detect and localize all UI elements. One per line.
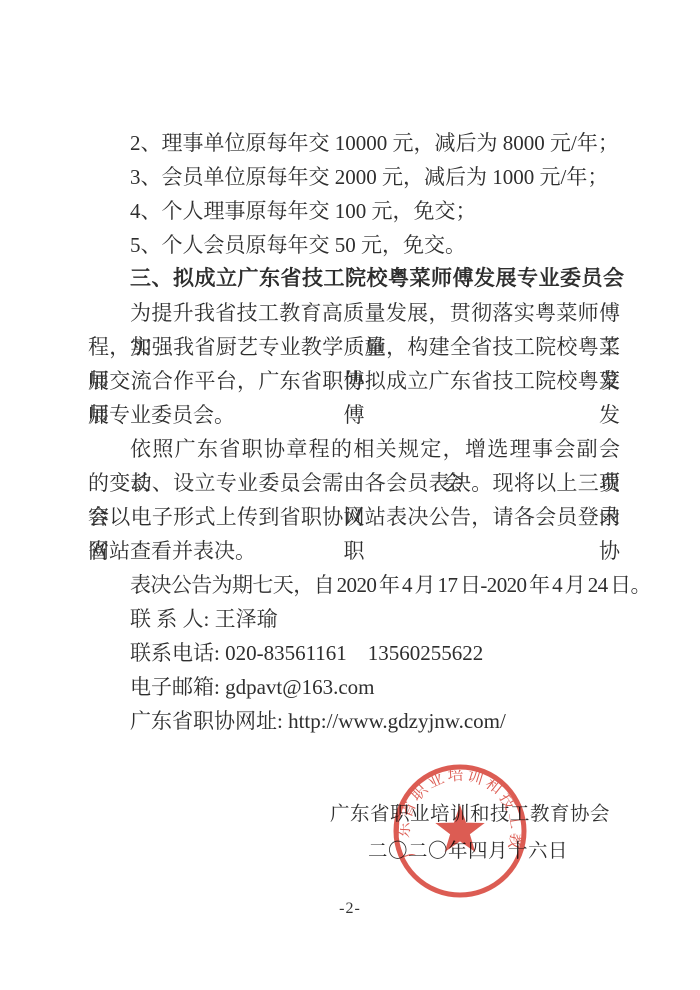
document-text-line: 程，加强我省厨艺专业教学质量，构建全省技工院校粤菜师傅发 <box>88 330 620 364</box>
document-text-line: 电子邮箱: gdpavt@163.com <box>88 670 620 704</box>
document-body: 2、理事单位原每年交 10000 元，减后为 8000 元/年；3、会员单位原每… <box>88 126 620 738</box>
document-text-line: 展交流合作平台，广东省职协拟成立广东省技工院校粤菜师傅发 <box>88 364 620 398</box>
signature-date: 二〇二〇年四月十六日 <box>368 839 588 865</box>
document-text-line: 联 系 人: 王泽瑜 <box>88 602 620 636</box>
page-number: -2- <box>0 900 700 918</box>
document-text-line: 5、个人会员原每年交 50 元，免交。 <box>88 228 620 262</box>
document-text-line: 三、拟成立广东省技工院校粤菜师傅发展专业委员会 <box>88 262 620 296</box>
document-text-line: 2、理事单位原每年交 10000 元，减后为 8000 元/年； <box>88 126 620 160</box>
document-text-line: 依照广东省职协章程的相关规定，增选理事会副会长、会费 <box>88 432 620 466</box>
document-text-line: 容以电子形式上传到省职协网站表决公告，请各会员登录省职协 <box>88 500 620 534</box>
document-text-line: 联系电话: 020-83561161 13560255622 <box>88 636 620 670</box>
document-text-line: 4、个人理事原每年交 100 元，免交； <box>88 194 620 228</box>
document-text-line: 的变动、设立专业委员会需由各会员表决。现将以上三项会议内 <box>88 466 620 500</box>
seal-ring <box>396 767 524 895</box>
signature-organization: 广东省职业培训和技工教育协会 <box>330 802 610 828</box>
document-text-line: 表决公告为期七天，自 2020 年 4 月 17 日-2020 年 4 月 24… <box>88 568 620 602</box>
document-text-line: 广东省职协网址: http://www.gdzyjnw.com/ <box>88 704 620 738</box>
official-seal-stamp: 广东省职业培训和技工教育协会 <box>391 759 529 903</box>
document-text-line: 为提升我省技工教育高质量发展，贯彻落实粤菜师傅实施工 <box>88 296 620 330</box>
document-text-line: 3、会员单位原每年交 2000 元，减后为 1000 元/年； <box>88 160 620 194</box>
document-page: 2、理事单位原每年交 10000 元，减后为 8000 元/年；3、会员单位原每… <box>0 0 700 990</box>
